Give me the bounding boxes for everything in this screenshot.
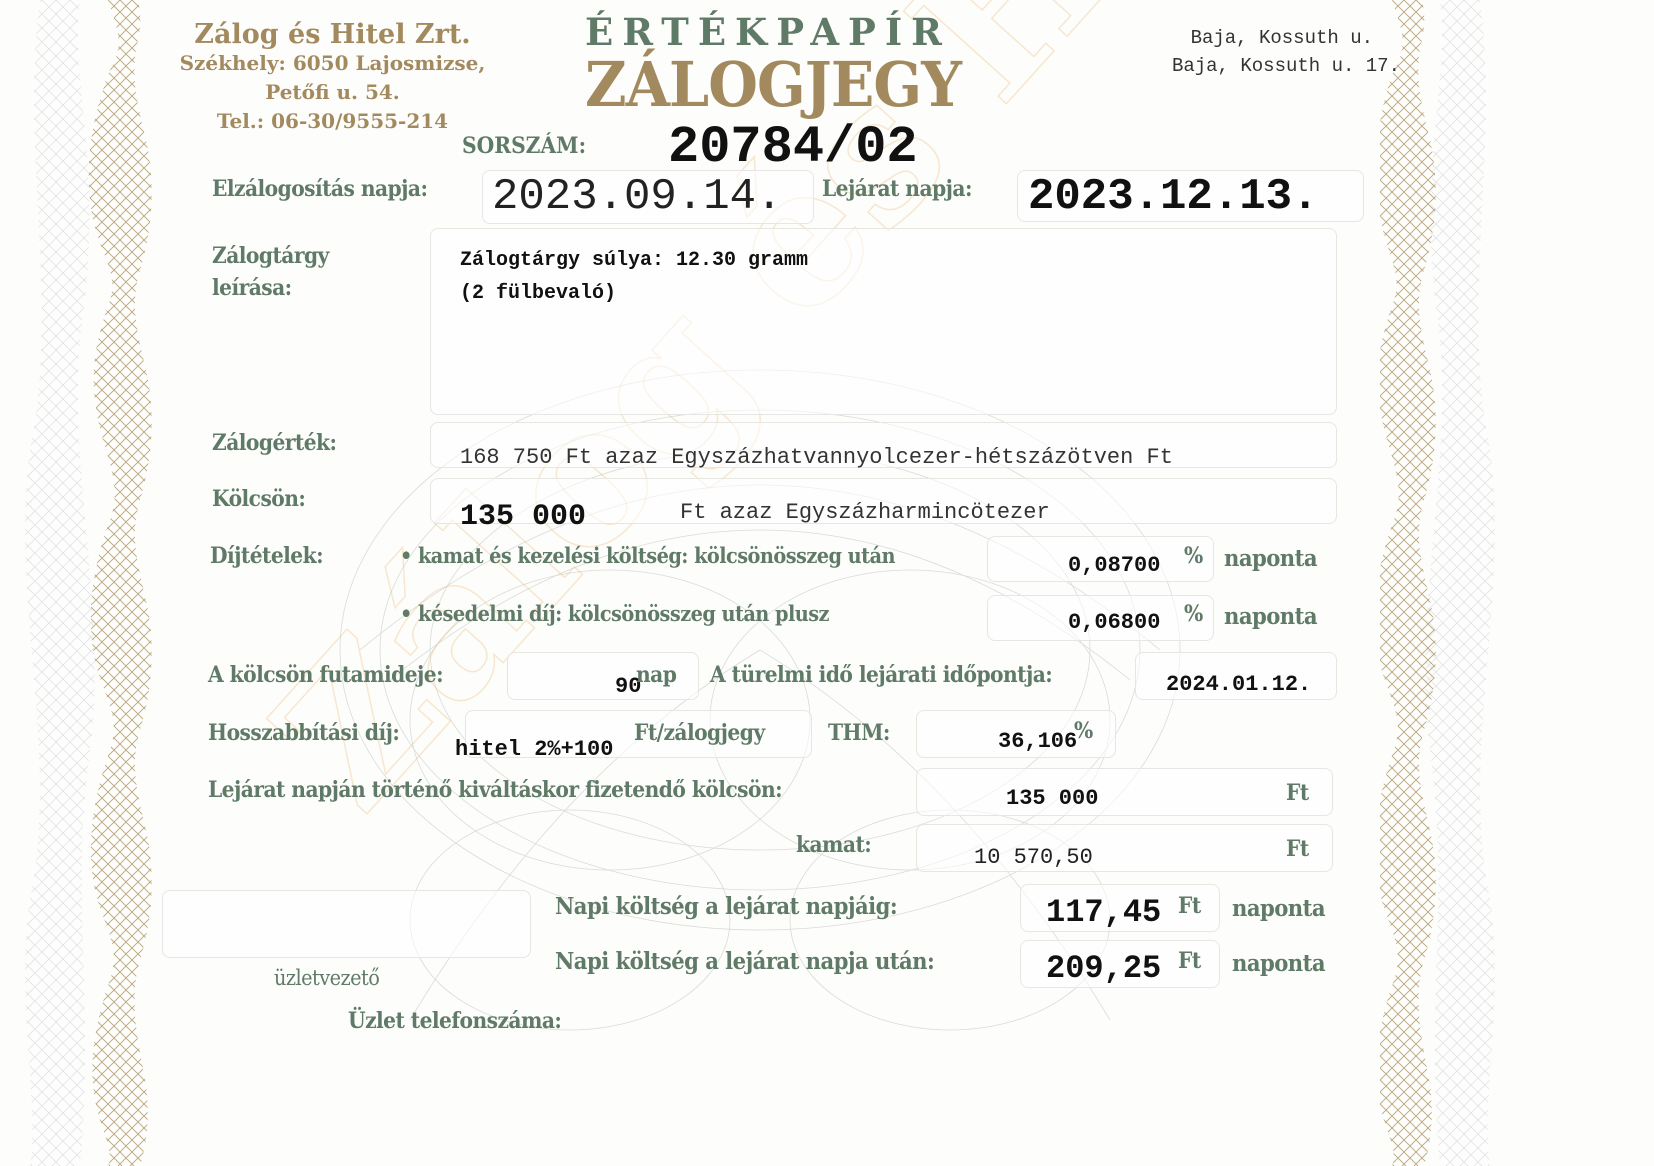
term-label: A kölcsön futamideje: [208,662,443,688]
serial-number: 20784/02 [668,118,918,177]
shop-phone-label: Üzlet telefonszáma: [348,1008,561,1034]
loan-amount: 135 000 [460,500,586,534]
expiry-date-label: Lejárat napja: [822,176,972,202]
branch-line-2: Baja, Kossuth u. 17. [1140,52,1400,80]
fees-label: Díjtételek: [210,543,323,569]
company-street: Petőfi u. 54. [160,78,505,107]
daily-after-label: Napi költség a lejárat napja után: [555,948,934,975]
left-border-ornament [0,0,160,1166]
redemption-label: Lejárat napján történő kiváltáskor fizet… [208,777,782,803]
item-label: Zálogtárgy leírása: [212,240,329,304]
loan-label: Kölcsön: [212,486,305,512]
item-weight: Zálogtárgy súlya: 12.30 gramm [460,244,808,277]
fee-late-suffix: naponta [1224,603,1317,630]
daily-until-suffix: naponta [1232,895,1325,922]
company-name: Zálog és Hitel Zrt. [160,20,505,49]
expiry-date-value: 2023.12.13. [1028,172,1318,222]
grace-label: A türelmi idő lejárati időpontja: [710,662,1052,688]
daily-until-unit: Ft [1178,893,1201,919]
signature-box [162,890,531,958]
extension-unit: Ft/zálogjegy [634,720,765,746]
fee-interest-value: 0,08700 [1068,553,1160,578]
daily-after-unit: Ft [1178,948,1201,974]
daily-after-suffix: naponta [1232,950,1325,977]
daily-until-value: 117,45 [1046,894,1161,931]
company-seat: Székhely: 6050 Lajosmizse, [160,49,505,78]
pledge-date-label: Elzálogosítás napja: [212,176,427,202]
extension-label: Hosszabbítási díj: [208,720,399,746]
loan-amount-words: Ft azaz Egyszázharmincötezer [680,500,1050,525]
company-info: Zálog és Hitel Zrt. Székhely: 6050 Lajos… [160,20,505,136]
extension-value: hitel 2%+100 [455,737,613,762]
company-phone: Tel.: 06-30/9555-214 [160,107,505,136]
document-title: ZÁLOGJEGY [585,48,961,121]
interest-value: 10 570,50 [974,845,1093,870]
branch-line-1: Baja, Kossuth u. [1140,24,1400,52]
fee-late-value: 0,06800 [1068,610,1160,635]
branch-address: Baja, Kossuth u. Baja, Kossuth u. 17. [1140,24,1400,80]
fee-interest-suffix: naponta [1224,545,1317,572]
item-label-line-2: leírása: [212,272,329,304]
term-unit: nap [636,662,676,688]
fee-late-unit: % [1184,601,1203,627]
right-border-ornament [1380,0,1540,1166]
daily-until-label: Napi költség a lejárat napjáig: [555,893,897,920]
item-label-line-1: Zálogtárgy [212,240,329,272]
pledge-date-value: 2023.09.14. [492,172,782,222]
manager-label: üzletvezető [274,966,379,990]
daily-after-value: 209,25 [1046,950,1161,987]
grace-value: 2024.01.12. [1166,672,1311,697]
interest-unit: Ft [1286,836,1309,862]
serial-label: SORSZÁM: [462,133,586,159]
redemption-loan-unit: Ft [1286,780,1309,806]
pledge-value-text: 168 750 Ft azaz Egyszázhatvannyolcezer-h… [460,445,1173,470]
fee-interest-unit: % [1184,543,1203,569]
thm-label: THM: [828,720,890,746]
fee-interest-text: • kamat és kezelési költség: kölcsönössz… [400,543,895,568]
item-description: Zálogtárgy súlya: 12.30 gramm (2 fülbeva… [460,244,808,310]
fee-late-text: • késedelmi díj: kölcsönösszeg után plus… [400,601,829,626]
pledge-value-label: Zálogérték: [212,430,336,456]
interest-label: kamat: [796,832,871,858]
item-type: (2 fülbevaló) [460,277,808,310]
redemption-loan-value: 135 000 [1006,786,1098,811]
thm-unit: % [1074,718,1093,744]
redemption-loan-box [916,768,1333,816]
thm-value: 36,106 [998,729,1077,754]
